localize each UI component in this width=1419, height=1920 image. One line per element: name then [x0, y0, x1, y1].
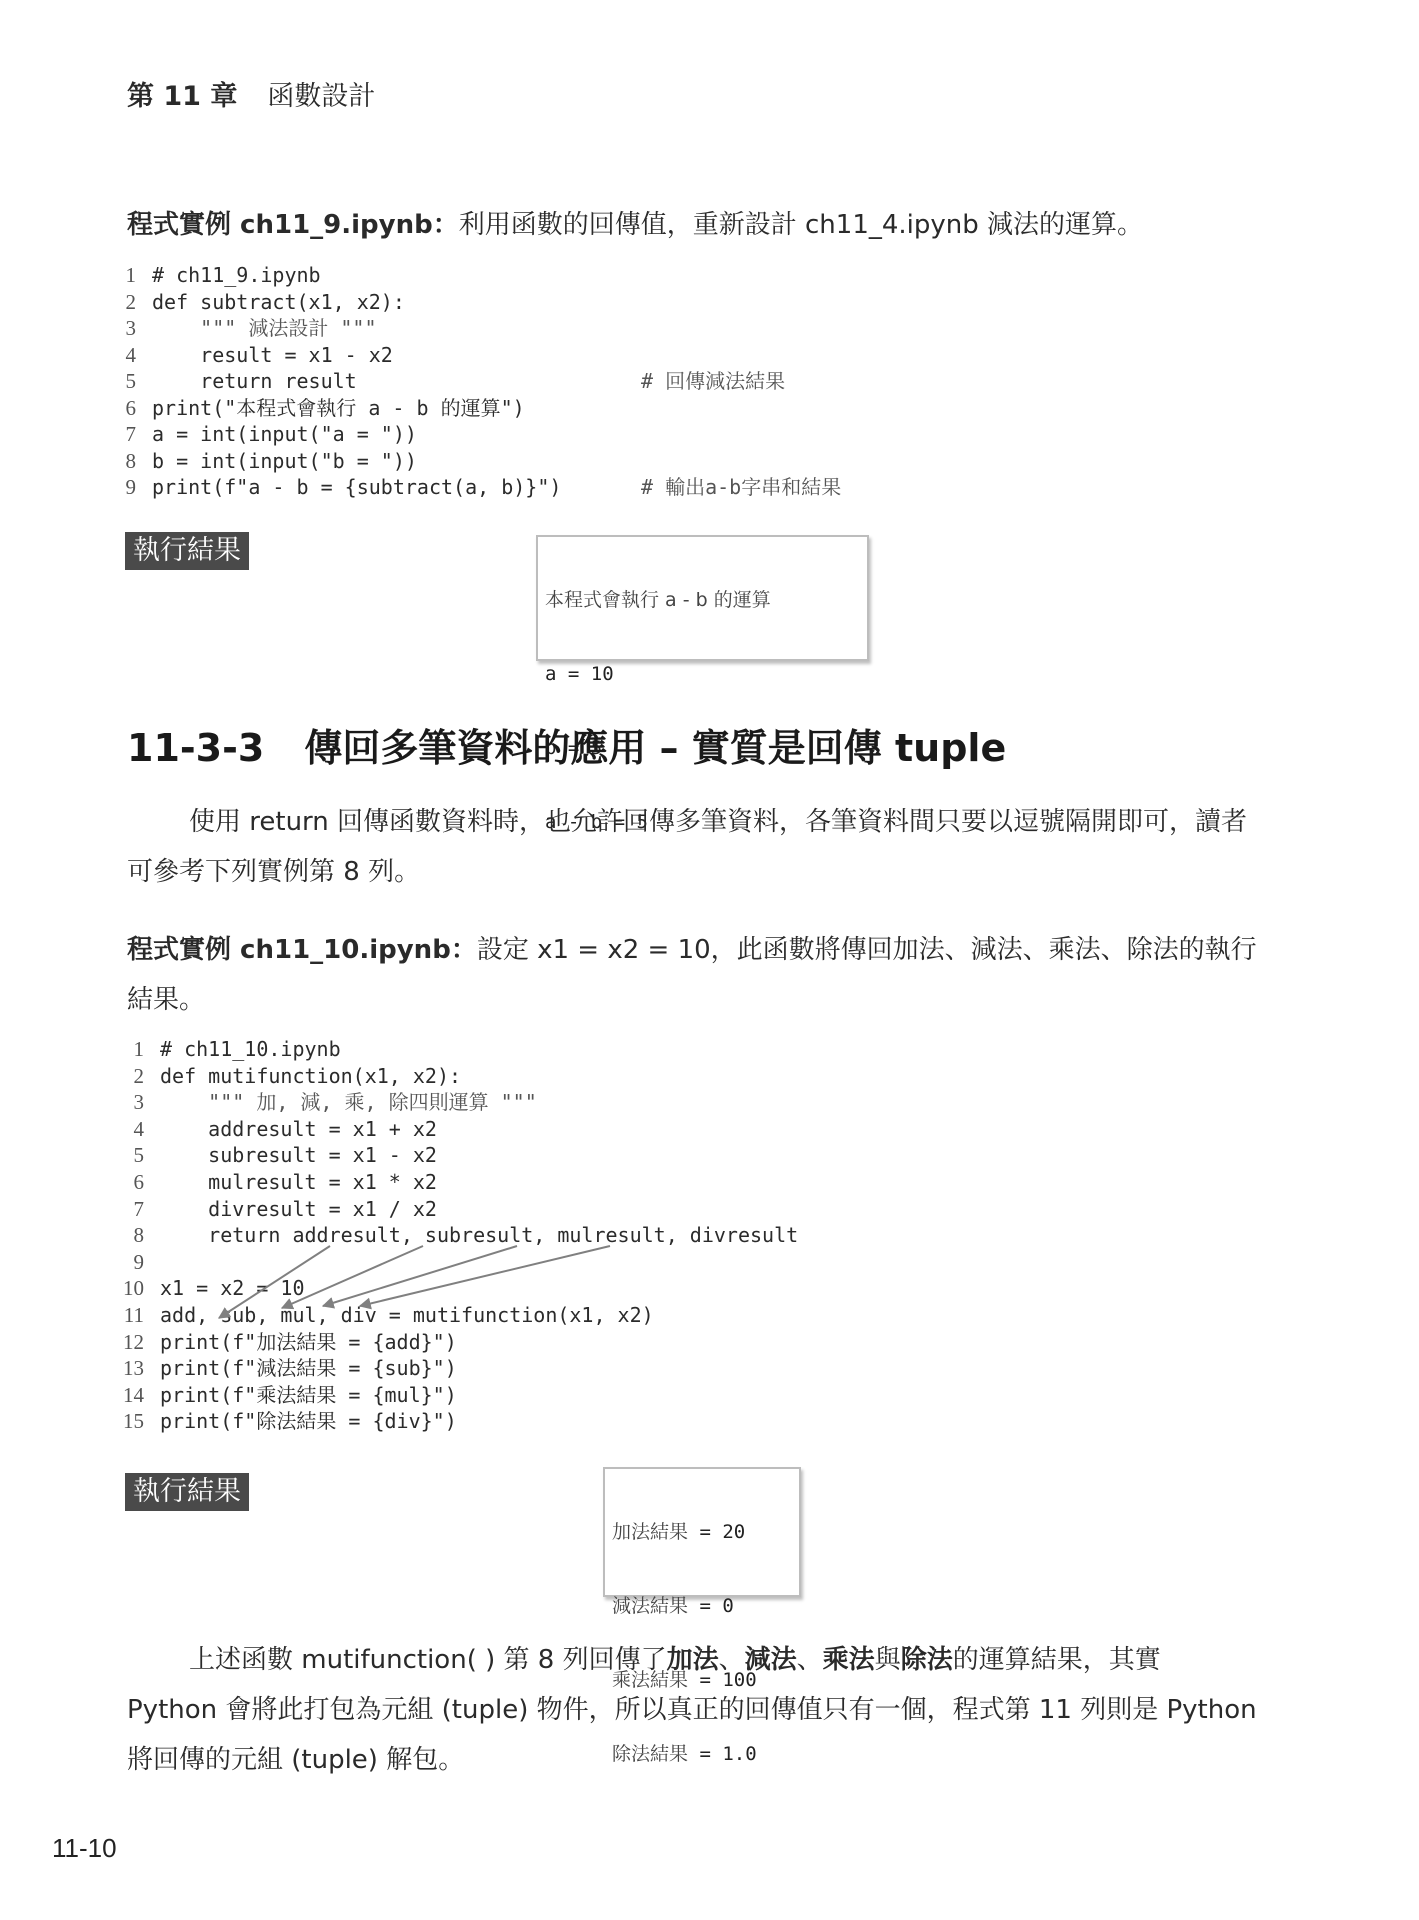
example1-colon: ： — [433, 210, 459, 240]
code-block-2: 1# ch11_10.ipynb 2def mutifunction(x1, x… — [120, 1036, 1020, 1436]
example1-title: 程式實例 ch11_9.ipynb：利用函數的回傳值，重新設計 ch11_4.i… — [127, 200, 1143, 250]
output-line: 減法結果 = 0 — [612, 1591, 792, 1621]
code-text: b = int(input("b = ")) — [152, 448, 417, 474]
output-line: 本程式會執行 a - b 的運算 — [545, 585, 860, 615]
example1-label: 程式實例 ch11_9.ipynb — [127, 210, 433, 240]
section-number: 11-3-3 — [127, 726, 264, 770]
code-text: result = x1 - x2 — [152, 342, 393, 368]
code-text: # ch11_9.ipynb — [152, 262, 321, 288]
line-number: 1 — [112, 262, 136, 288]
paragraph-2: 上述函數 mutifunction( ) 第 8 列回傳了加法、減法、乘法與除法… — [127, 1635, 1257, 1785]
line-number: 4 — [112, 342, 136, 368]
line-number: 3 — [112, 315, 136, 341]
line-number: 5 — [112, 368, 136, 394]
example2-title: 程式實例 ch11_10.ipynb：設定 x1 = x2 = 10，此函數將傳… — [127, 925, 1257, 1025]
result-badge-2: 執行結果 — [125, 1473, 249, 1511]
example2-label: 程式實例 ch11_10.ipynb — [127, 935, 451, 965]
chapter-title: 函數設計 — [267, 81, 375, 112]
line-number: 8 — [112, 448, 136, 474]
line-number: 2 — [112, 289, 136, 315]
page-number: 11-10 — [52, 1832, 117, 1864]
section-title: 傳回多筆資料的應用 – 實質是回傳 tuple — [304, 726, 1006, 770]
output-line: 加法結果 = 20 — [612, 1517, 792, 1547]
code-text: print(f"a - b = {subtract(a, b)}") — [152, 474, 561, 500]
code-text: """ 減法設計 """ — [152, 315, 377, 341]
code-text: a = int(input("a = ")) — [152, 421, 417, 447]
example2-colon: ： — [451, 935, 477, 965]
code-text: print("本程式會執行 a - b 的運算") — [152, 395, 525, 421]
section-heading: 11-3-3傳回多筆資料的應用 – 實質是回傳 tuple — [127, 722, 1006, 774]
output-box-1: 本程式會執行 a - b 的運算 a = 10 b = 5 a - b = 5 — [536, 535, 869, 661]
paragraph-1-text: 使用 return 回傳函數資料時，也允許回傳多筆資料，各筆資料間只要以逗號隔開… — [127, 807, 1247, 887]
result-badge-1: 執行結果 — [125, 532, 249, 570]
output-line: a = 10 — [545, 659, 860, 689]
code-block-1: 1# ch11_9.ipynb 2def subtract(x1, x2): 3… — [112, 262, 1012, 512]
chapter-header: 第 11 章函數設計 — [127, 80, 375, 114]
code-text: return result — [152, 368, 357, 394]
output-box-2: 加法結果 = 20 減法結果 = 0 乘法結果 = 100 除法結果 = 1.0 — [603, 1467, 801, 1597]
chapter-number: 第 11 章 — [127, 81, 237, 112]
code-comment: # 輸出a-b字串和結果 — [641, 474, 841, 500]
line-number: 9 — [112, 474, 136, 500]
line-number: 6 — [112, 395, 136, 421]
code-comment: # 回傳減法結果 — [641, 368, 785, 394]
code-text: def subtract(x1, x2): — [152, 289, 405, 315]
paragraph-1: 使用 return 回傳函數資料時，也允許回傳多筆資料，各筆資料間只要以逗號隔開… — [127, 797, 1257, 897]
example1-description: 利用函數的回傳值，重新設計 ch11_4.ipynb 減法的運算。 — [459, 210, 1143, 240]
line-number: 7 — [112, 421, 136, 447]
